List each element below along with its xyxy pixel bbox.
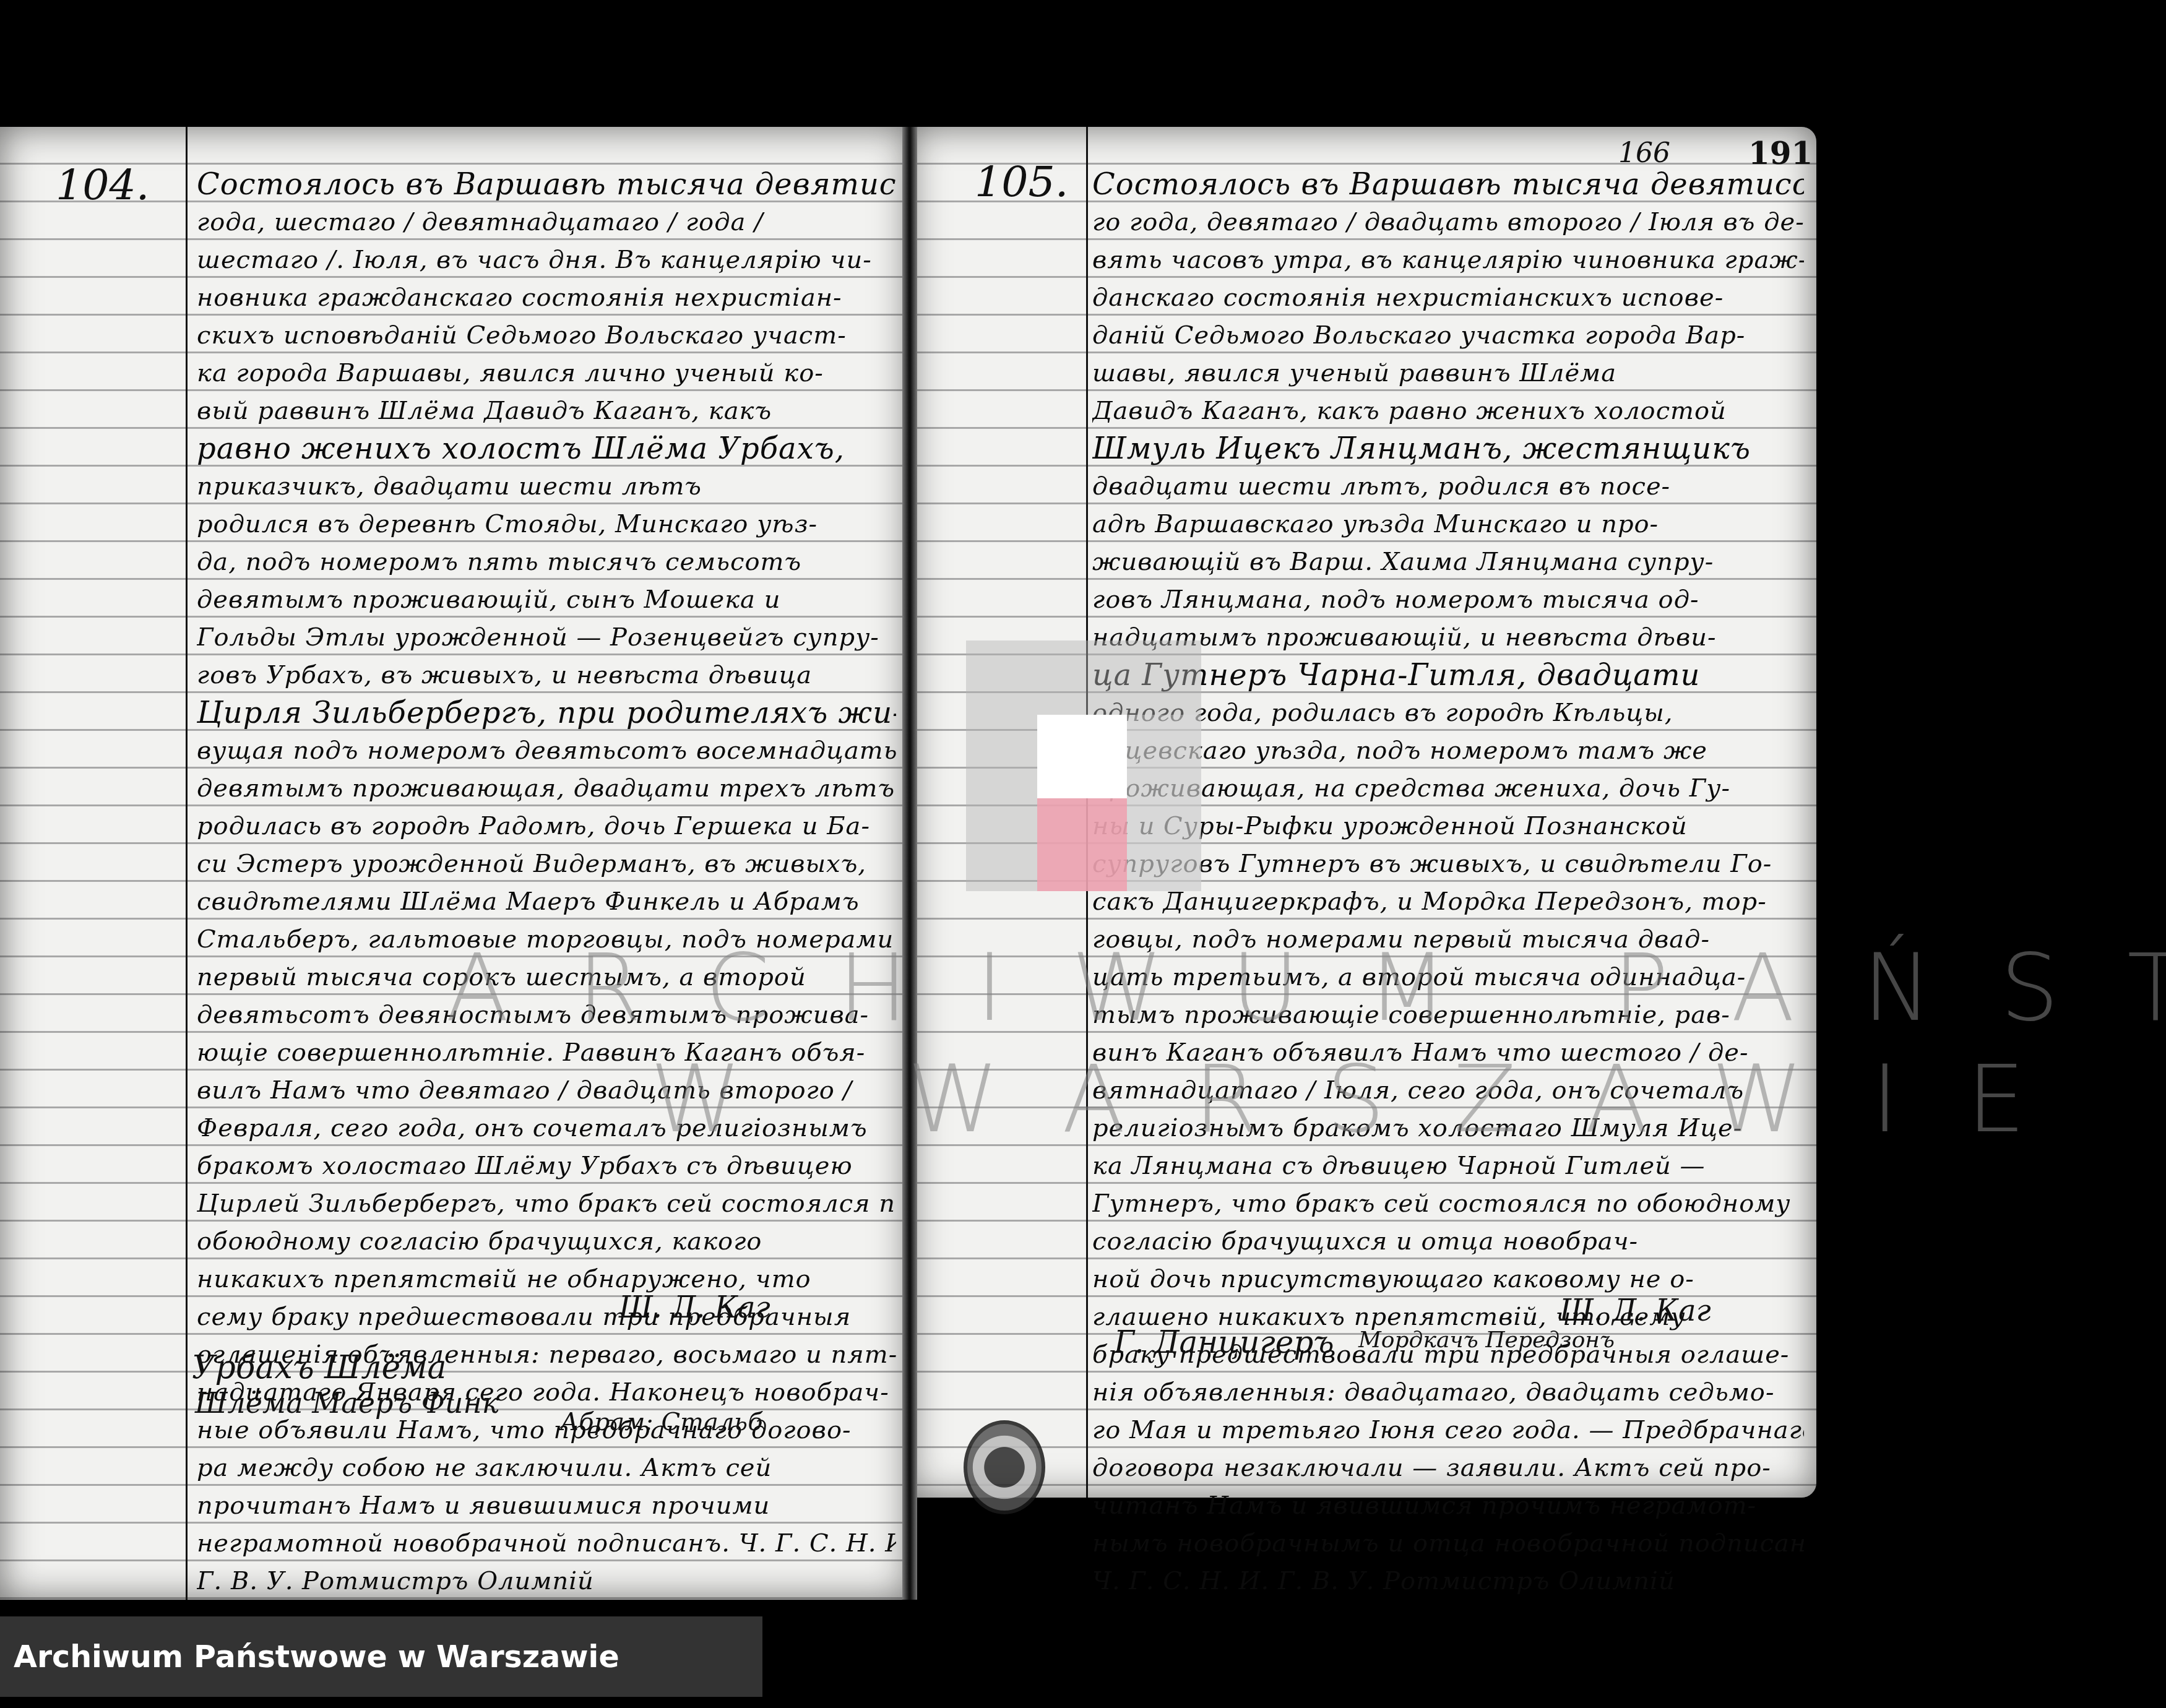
signature-rabbi-right: Ш. Д. Каг bbox=[1560, 1293, 1711, 1328]
institution-name: Archiwum Państwowe w Warszawie bbox=[0, 1639, 619, 1675]
handwritten-line: прочитанъ Намъ и явившимися прочими bbox=[197, 1487, 896, 1525]
handwritten-line: данскаго состоянія нехристіанскихъ испов… bbox=[1092, 279, 1804, 317]
handwritten-line: обоюдному согласію брачущихся, какого bbox=[197, 1223, 896, 1261]
handwritten-line: Ч. Г. С. Н. И. Г. В. У. Ротмистръ Олимпі… bbox=[1092, 1563, 1804, 1600]
handwritten-line: Цирлей Зильбербергъ, что бракъ сей состо… bbox=[197, 1185, 896, 1223]
handwritten-line: Г. В. У. Ротмистръ Олимпій bbox=[197, 1563, 896, 1600]
handwritten-line: родился въ деревнѣ Стояды, Минскаго уѣз- bbox=[197, 506, 896, 543]
handwritten-line: свидѣтелями Шлёма Маеръ Финкель и Абрамъ bbox=[197, 883, 896, 921]
handwritten-line: говъ Урбахъ, въ живыхъ, и невѣста дѣвица bbox=[197, 657, 896, 694]
official-seal-stamp bbox=[964, 1420, 1045, 1514]
watermark-line-1: ARCHIWUM PAŃSTWOWE bbox=[446, 934, 2166, 1042]
handwritten-line: го года, девятаго / двадцать второго / І… bbox=[1092, 204, 1804, 241]
handwritten-line: девятымъ проживающая, двадцати трехъ лѣт… bbox=[197, 770, 896, 808]
handwritten-line: нія объявленныя: двадцатаго, двадцать се… bbox=[1092, 1374, 1804, 1412]
handwritten-line: да, подъ номеромъ пять тысячъ семьсотъ bbox=[197, 543, 896, 581]
handwritten-line: читанъ Намъ и явившимся прочимъ неграмот… bbox=[1092, 1487, 1804, 1525]
handwritten-line: Гольды Этлы урожденной — Розенцвейгъ суп… bbox=[197, 619, 896, 657]
institution-banner: Archiwum Państwowe w Warszawie bbox=[0, 1616, 762, 1697]
handwritten-line: вять часовъ утра, въ канцелярію чиновник… bbox=[1092, 241, 1804, 279]
right-entry-number: 105. bbox=[975, 158, 1068, 207]
handwritten-line: Состоялось въ Варшавѣ тысяча девятисотаг… bbox=[197, 166, 896, 204]
handwritten-line: даній Седьмого Вольскаго участка города … bbox=[1092, 317, 1804, 355]
handwritten-line: Состоялось въ Варшавѣ тысяча девятисотаг… bbox=[1092, 166, 1804, 204]
handwritten-line: новника гражданскаго состоянія нехристіа… bbox=[197, 279, 896, 317]
left-page-margin-rule bbox=[186, 127, 188, 1600]
handwritten-line: вый раввинъ Шлёма Давидъ Каганъ, какъ bbox=[197, 392, 896, 430]
handwritten-line: Цирля Зильбербергъ, при родителяхъ жи- bbox=[197, 694, 896, 732]
handwritten-line: ка города Варшавы, явился лично ученый к… bbox=[197, 355, 896, 392]
handwritten-line: нымъ новобрачнымъ и отца новобрачной под… bbox=[1092, 1525, 1804, 1563]
signature-witness-2-left: Абрам: Стальб bbox=[560, 1408, 763, 1436]
handwritten-line: си Эстеръ урожденной Видерманъ, въ живых… bbox=[197, 845, 896, 883]
handwritten-line: никакихъ препятствій не обнаружено, что bbox=[197, 1261, 896, 1298]
handwritten-line: шестаго /. Іюля, въ часъ дня. Въ канцеля… bbox=[197, 241, 896, 279]
handwritten-line: ра между собою не заключили. Актъ сей bbox=[197, 1449, 896, 1487]
handwritten-line: двадцати шести лѣтъ, родился въ посе- bbox=[1092, 468, 1804, 506]
handwritten-line: приказчикъ, двадцати шести лѣтъ bbox=[197, 468, 896, 506]
signature-witness-1-right: Г. Данцигеръ bbox=[1114, 1324, 1334, 1360]
handwritten-line: родилась въ городѣ Радомѣ, дочь Гершека … bbox=[197, 808, 896, 845]
handwritten-line: Гутнеръ, что бракъ сей состоялся по обою… bbox=[1092, 1185, 1804, 1223]
folio-handwritten: 166 bbox=[1618, 137, 1670, 169]
signature-rabbi-left: Ш. Д. Каг bbox=[619, 1290, 770, 1325]
handwritten-line: адѣ Варшавскаго уѣзда Минскаго и про- bbox=[1092, 506, 1804, 543]
handwritten-line: Шмуль Ицекъ Лянцманъ, жестянщикъ bbox=[1092, 430, 1804, 468]
handwritten-line: скихъ исповѣданій Седьмого Вольскаго уча… bbox=[197, 317, 896, 355]
watermark-line-2: W WARSZAWIE bbox=[650, 1046, 2094, 1154]
left-entry-number: 104. bbox=[56, 161, 149, 210]
handwritten-line: сему браку предшествовали три предбрачны… bbox=[197, 1298, 896, 1336]
book-gutter bbox=[902, 127, 917, 1600]
handwritten-line: ной дочь присутствующаго каковому не о- bbox=[1092, 1261, 1804, 1298]
signature-groom-left: Урбахъ Шлёма bbox=[192, 1349, 446, 1386]
handwritten-line: го Мая и третьяго Іюня сего года. — Пред… bbox=[1092, 1412, 1804, 1449]
handwritten-line: говъ Лянцмана, подъ номеромъ тысяча од- bbox=[1092, 581, 1804, 619]
signature-witness-2-right: Мордкачъ Передзонъ bbox=[1358, 1327, 1615, 1353]
handwritten-line: шавы, явился ученый раввинъ Шлёма bbox=[1092, 355, 1804, 392]
handwritten-line: Давидъ Каганъ, какъ равно женихъ холосто… bbox=[1092, 392, 1804, 430]
handwritten-line: живающій въ Варш. Хаима Лянцмана супру- bbox=[1092, 543, 1804, 581]
handwritten-line: девятымъ проживающій, сынъ Мошека и bbox=[197, 581, 896, 619]
handwritten-line: вущая подъ номеромъ девятьсотъ восемнадц… bbox=[197, 732, 896, 770]
archive-logo-watermark bbox=[966, 640, 1201, 891]
handwritten-line: равно женихъ холостъ Шлёма Урбахъ, bbox=[197, 430, 896, 468]
signature-witness-1-left: Шлёма Маеръ Финк bbox=[195, 1386, 499, 1420]
handwritten-line: года, шестаго / девятнадцатаго / года / bbox=[197, 204, 896, 241]
handwritten-line: согласію брачущихся и отца новобрач- bbox=[1092, 1223, 1804, 1261]
handwritten-line: договора незаключали — заявили. Актъ сей… bbox=[1092, 1449, 1804, 1487]
handwritten-line: неграмотной новобрачной подписанъ. Ч. Г.… bbox=[197, 1525, 896, 1563]
